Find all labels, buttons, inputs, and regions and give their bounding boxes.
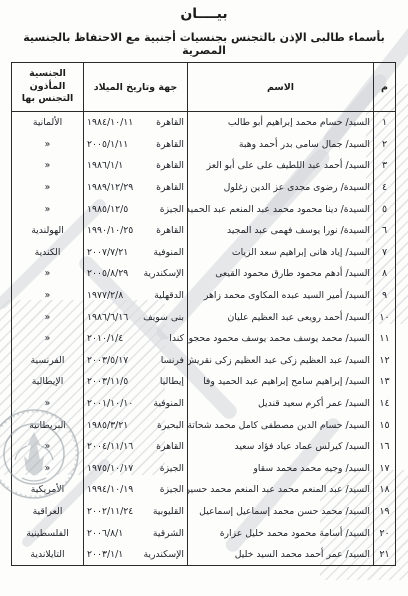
birth-cell: فرنسا٢٠٠٣/٥/١٧ <box>84 350 188 372</box>
birthplace: القاهرة <box>156 182 184 193</box>
header-nationality-line2: التجنس بها <box>14 93 81 106</box>
nationality-cell: الفلسطينية <box>12 522 84 544</box>
page-title: بيــــان <box>0 0 408 22</box>
serial-cell: ٨ <box>374 263 396 285</box>
table-row: ٤السيدة/ رضوى مجدى عز الدين زغلولالقاهرة… <box>12 177 396 199</box>
birthplace: الإسكندرية <box>143 549 184 560</box>
name-cell: السيد/ إياد هانى إبراهيم سعد الزيات <box>188 242 374 264</box>
name-cell: السيد/ حسام الدين مصطفى كامل محمد شحاتة … <box>188 414 374 436</box>
serial-cell: ١٤ <box>374 393 396 415</box>
name-cell: السيد/ أحمد رويعى عبد العظيم عليان <box>188 306 374 328</box>
birthplace: المنوفية <box>153 398 184 409</box>
birthplace: الدقهلية <box>154 290 184 301</box>
nationality-cell: الألمانية <box>12 112 84 134</box>
header-birth: جهة وتاريخ الميلاد <box>84 63 188 112</box>
nationality-cell: « <box>12 134 84 156</box>
name-cell: السيد/ عمر أحمد محمد السيد خليل <box>188 544 374 566</box>
birthplace: القاهرة <box>156 225 184 236</box>
serial-cell: ١٠ <box>374 306 396 328</box>
table-row: ١٨السيد/ عبد المنعم محمد عبد المنعم محمد… <box>12 479 396 501</box>
table-row: ١١السيد/ محمد يوسف محمد يوسف محمود محجوب… <box>12 328 396 350</box>
serial-cell: ٦ <box>374 220 396 242</box>
birth-cell: المنوفية٢٠٠١/١٠/١٠ <box>84 393 188 415</box>
birthplace: الشرقية <box>153 528 184 539</box>
serial-cell: ١٦ <box>374 436 396 458</box>
birth-cell: الإسكندرية٢٠٠٣/١/١ <box>84 544 188 566</box>
table-row: ٨السيد/ أدهم محمود طارق محمود القيعىالإس… <box>12 263 396 285</box>
nationality-cell: الكندية <box>12 242 84 264</box>
birthdate: ١٩٨٦/٦/١٦ <box>87 312 128 323</box>
nationality-cell: التايلاندية <box>12 544 84 566</box>
nationality-cell: « <box>12 155 84 177</box>
birthplace: القاهرة <box>156 441 184 452</box>
nationality-cell: « <box>12 458 84 480</box>
header-serial: م <box>374 63 396 112</box>
birthdate: ٢٠١٠/١/٤ <box>87 333 123 344</box>
birthplace: القليوبية <box>153 506 184 517</box>
name-cell: السيد/ أحمد عبد اللطيف على على أبو العز <box>188 155 374 177</box>
birthplace: المنوفية <box>153 247 184 258</box>
nationality-cell: « <box>12 393 84 415</box>
birth-cell: القاهرة١٩٨٦/١/١ <box>84 155 188 177</box>
serial-cell: ٣ <box>374 155 396 177</box>
table-row: ١٩السيد/ محمد حسن محمد إسماعيل إسماعيلال… <box>12 501 396 523</box>
birthdate: ٢٠٠١/١٠/١٠ <box>87 398 133 409</box>
serial-cell: ٢٠ <box>374 522 396 544</box>
nationality-cell: « <box>12 328 84 350</box>
name-cell: السيد/ عبد العظيم زكى عبد العظيم زكى نقر… <box>188 350 374 372</box>
birth-cell: بنى سويف١٩٨٦/٦/١٦ <box>84 306 188 328</box>
birthdate: ١٩٧٧/٢/٨ <box>87 290 123 301</box>
serial-cell: ١٢ <box>374 350 396 372</box>
serial-cell: ١٣ <box>374 371 396 393</box>
nationality-cell: الأمريكية <box>12 479 84 501</box>
nationality-cell: « <box>12 263 84 285</box>
birthplace: القاهرة <box>156 117 184 128</box>
birthplace: بنى سويف <box>143 312 184 323</box>
table-row: ٢١السيد/ عمر أحمد محمد السيد خليلالإسكند… <box>12 544 396 566</box>
table-row: ٢٠السيد/ أسامة محمود محمد خليل عزارةالشر… <box>12 522 396 544</box>
table-row: ١٧السيد/ وجيه محمد محمد سقاوالجيزة١٩٧٥/١… <box>12 458 396 480</box>
birthdate: ٢٠٠٤/١١/١٦ <box>87 441 133 452</box>
birth-cell: القاهرة١٩٩٠/١٠/٢٥ <box>84 220 188 242</box>
serial-cell: ١٥ <box>374 414 396 436</box>
birth-cell: القليوبية٢٠٠٢/١١/٢٤ <box>84 501 188 523</box>
name-cell: السيد/ جمال سامى بدر أحمد وهبة <box>188 134 374 156</box>
serial-cell: ١١ <box>374 328 396 350</box>
table-row: ٩السيد/ أمير السيد عبده المكاوى محمد زاه… <box>12 285 396 307</box>
naturalization-table: م الاسم جهة وتاريخ الميلاد الجنسية المأذ… <box>11 62 396 566</box>
birth-cell: القاهرة٢٠٠٤/١١/١٦ <box>84 436 188 458</box>
nationality-cell: الهولندية <box>12 220 84 242</box>
birthdate: ١٩٩٠/١٠/٢٥ <box>87 225 133 236</box>
birthplace: فرنسا <box>161 355 184 366</box>
name-cell: السيد/ إبراهيم سامح إبراهيم عبد الحميد و… <box>188 371 374 393</box>
birthdate: ١٩٨٥/٣/٢١ <box>87 420 128 431</box>
birthdate: ٢٠٠٢/١١/٢٤ <box>87 506 133 517</box>
name-cell: السيد/ كيرلس عماد عياد فؤاد سعيد <box>188 436 374 458</box>
serial-cell: ١ <box>374 112 396 134</box>
table-row: ٥السيدة/ دينا محمود محمد عبد المنعم عبد … <box>12 198 396 220</box>
name-cell: السيدة/ رضوى مجدى عز الدين زغلول <box>188 177 374 199</box>
name-cell: السيد/ وجيه محمد محمد سقاو <box>188 458 374 480</box>
name-cell: السيد/ أمير السيد عبده المكاوى محمد زاهر <box>188 285 374 307</box>
birthdate: ١٩٩٤/١٠/١٩ <box>87 484 133 495</box>
name-cell: السيد/ أسامة محمود محمد خليل عزارة <box>188 522 374 544</box>
serial-cell: ٩ <box>374 285 396 307</box>
nationality-cell: العراقية <box>12 501 84 523</box>
birthplace: كندا <box>169 333 184 344</box>
nationality-cell: الإيطالية <box>12 371 84 393</box>
table-row: ١٢السيد/ عبد العظيم زكى عبد العظيم زكى ن… <box>12 350 396 372</box>
name-cell: السيد/ عبد المنعم محمد عبد المنعم محمد ح… <box>188 479 374 501</box>
birthdate: ١٩٨٥/١٢/٥ <box>87 204 128 215</box>
birth-cell: القاهرة٢٠٠٥/١/١١ <box>84 134 188 156</box>
birth-cell: الدقهلية١٩٧٧/٢/٨ <box>84 285 188 307</box>
table-row: ٦السيدة/ نورا يوسف فهمى عبد المجيدالقاهر… <box>12 220 396 242</box>
birthdate: ٢٠٠٥/١/١١ <box>87 139 128 150</box>
birth-cell: الجيزة١٩٩٤/١٠/١٩ <box>84 479 188 501</box>
birthdate: ١٩٨٤/١٠/١١ <box>87 117 133 128</box>
birthplace: الجيزة <box>160 204 184 215</box>
birth-cell: كندا٢٠١٠/١/٤ <box>84 328 188 350</box>
nationality-cell: البريطانية <box>12 414 84 436</box>
birth-cell: الشرقية٢٠٠٦/٨/١ <box>84 522 188 544</box>
table-row: ١السيد/ حسام محمد إبراهيم أبو طالبالقاهر… <box>12 112 396 134</box>
nationality-cell: « <box>12 436 84 458</box>
birthplace: الإسكندرية <box>143 268 184 279</box>
name-cell: السيد/ عمر أكرم سعيد قنديل <box>188 393 374 415</box>
name-cell: السيدة/ دينا محمود محمد عبد المنعم عبد ا… <box>188 198 374 220</box>
table-row: ١٠السيد/ أحمد رويعى عبد العظيم عليانبنى … <box>12 306 396 328</box>
scanned-document-page: بيــــان بأسماء طالبى الإذن بالتجنس بجنس… <box>0 0 408 596</box>
serial-cell: ١٩ <box>374 501 396 523</box>
birthdate: ٢٠٠٥/٨/٢٩ <box>87 268 128 279</box>
table-row: ١٦السيد/ كيرلس عماد عياد فؤاد سعيدالقاهر… <box>12 436 396 458</box>
nationality-cell: « <box>12 177 84 199</box>
birthplace: البحيرة <box>157 420 184 431</box>
name-cell: السيد/ حسام محمد إبراهيم أبو طالب <box>188 112 374 134</box>
table-header-row: م الاسم جهة وتاريخ الميلاد الجنسية المأذ… <box>12 63 396 112</box>
name-cell: السيد/ محمد حسن محمد إسماعيل إسماعيل <box>188 501 374 523</box>
birth-cell: الإسكندرية٢٠٠٥/٨/٢٩ <box>84 263 188 285</box>
serial-cell: ٤ <box>374 177 396 199</box>
birthplace: القاهرة <box>156 160 184 171</box>
nationality-cell: « <box>12 198 84 220</box>
birthdate: ٢٠٠٦/٨/١ <box>87 528 123 539</box>
table-row: ١٣السيد/ إبراهيم سامح إبراهيم عبد الحميد… <box>12 371 396 393</box>
nationality-cell: الفرنسية <box>12 350 84 372</box>
birthplace: إيطاليا <box>160 376 184 387</box>
serial-cell: ١٧ <box>374 458 396 480</box>
birth-cell: القاهرة١٩٨٤/١٠/١١ <box>84 112 188 134</box>
birthdate: ٢٠٠٣/٥/١٧ <box>87 355 128 366</box>
birth-cell: المنوفية٢٠٠٧/٧/٢١ <box>84 242 188 264</box>
birthplace: القاهرة <box>156 139 184 150</box>
name-cell: السيدة/ نورا يوسف فهمى عبد المجيد <box>188 220 374 242</box>
page-subtitle: بأسماء طالبى الإذن بالتجنس بجنسيات أجنبي… <box>0 31 408 57</box>
nationality-cell: « <box>12 306 84 328</box>
header-nationality: الجنسية المأذون التجنس بها <box>12 63 84 112</box>
nationality-cell: « <box>12 285 84 307</box>
name-cell: السيد/ محمد يوسف محمد يوسف محمود محجوب <box>188 328 374 350</box>
serial-cell: ١٨ <box>374 479 396 501</box>
birthdate: ١٩٧٥/١٠/١٧ <box>87 463 133 474</box>
serial-cell: ٢١ <box>374 544 396 566</box>
header-name: الاسم <box>188 63 374 112</box>
table-row: ١٤السيد/ عمر أكرم سعيد قنديلالمنوفية٢٠٠١… <box>12 393 396 415</box>
birthdate: ٢٠٠٣/١/١ <box>87 549 123 560</box>
header-nationality-line1: الجنسية المأذون <box>14 68 81 94</box>
table-row: ١٥السيد/ حسام الدين مصطفى كامل محمد شحات… <box>12 414 396 436</box>
birth-cell: القاهرة١٩٨٩/١٢/٢٩ <box>84 177 188 199</box>
birthdate: ١٩٨٦/١/١ <box>87 160 123 171</box>
table-row: ٢السيد/ جمال سامى بدر أحمد وهبةالقاهرة٢٠… <box>12 134 396 156</box>
birthplace: الجيزة <box>160 484 184 495</box>
table-row: ٣السيد/ أحمد عبد اللطيف على على أبو العز… <box>12 155 396 177</box>
serial-cell: ٧ <box>374 242 396 264</box>
birthdate: ٢٠٠٧/٧/٢١ <box>87 247 128 258</box>
birth-cell: الجيزة١٩٧٥/١٠/١٧ <box>84 458 188 480</box>
serial-cell: ٥ <box>374 198 396 220</box>
birthplace: الجيزة <box>160 463 184 474</box>
serial-cell: ٢ <box>374 134 396 156</box>
birth-cell: إيطاليا٢٠٠٣/١١/٥ <box>84 371 188 393</box>
birth-cell: البحيرة١٩٨٥/٣/٢١ <box>84 414 188 436</box>
birthdate: ١٩٨٩/١٢/٢٩ <box>87 182 133 193</box>
birth-cell: الجيزة١٩٨٥/١٢/٥ <box>84 198 188 220</box>
name-cell: السيد/ أدهم محمود طارق محمود القيعى <box>188 263 374 285</box>
birthdate: ٢٠٠٣/١١/٥ <box>87 376 128 387</box>
table-row: ٧السيد/ إياد هانى إبراهيم سعد الزياتالمن… <box>12 242 396 264</box>
